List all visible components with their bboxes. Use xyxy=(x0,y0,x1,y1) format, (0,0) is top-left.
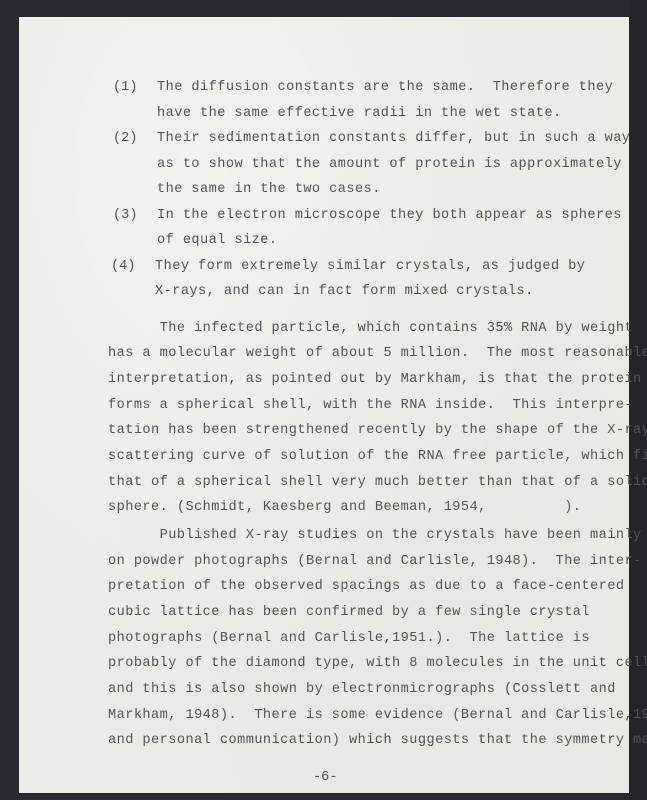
list-number-1: (1) xyxy=(113,79,137,97)
paragraph-1-line-1: The infected particle, which contains 35… xyxy=(108,320,633,338)
paragraph-2-line-9: and personal communication) which sugges… xyxy=(108,732,647,750)
paragraph-2-line-2: on powder photographs (Bernal and Carlis… xyxy=(108,553,642,571)
page-number: -6- xyxy=(313,769,337,787)
paragraph-2-line-7: and this is also shown by electronmicrog… xyxy=(108,681,616,699)
paragraph-1-line-7: that of a spherical shell very much bett… xyxy=(108,474,647,492)
paragraph-1-line-2: has a molecular weight of about 5 millio… xyxy=(108,345,647,363)
list-item-1-line-1: The diffusion constants are the same. Th… xyxy=(157,79,613,97)
list-item-4-line-2: X-rays, and can in fact form mixed cryst… xyxy=(155,283,534,301)
list-number-2: (2) xyxy=(113,130,137,148)
paragraph-1-line-4: forms a spherical shell, with the RNA in… xyxy=(108,397,633,415)
paragraph-1-line-3: interpretation, as pointed out by Markha… xyxy=(108,371,642,389)
paragraph-2-line-3: pretation of the observed spacings as du… xyxy=(108,578,624,596)
paragraph-1-line-5: tation has been strengthened recently by… xyxy=(108,422,647,440)
list-item-3-line-2: of equal size. xyxy=(157,232,278,250)
document-page: (1) The diffusion constants are the same… xyxy=(19,17,629,793)
list-item-1-line-2: have the same effective radii in the wet… xyxy=(157,105,562,123)
list-item-2-line-2: as to show that the amount of protein is… xyxy=(157,156,622,174)
paragraph-1-line-6: scattering curve of solution of the RNA … xyxy=(108,448,647,466)
list-number-4: (4) xyxy=(111,258,135,276)
paragraph-1-line-8: sphere. (Schmidt, Kaesberg and Beeman, 1… xyxy=(108,499,581,517)
paragraph-2-line-5: photographs (Bernal and Carlisle,1951.).… xyxy=(108,630,590,648)
list-item-4-line-1: They form extremely similar crystals, as… xyxy=(155,258,585,276)
list-item-3-line-1: In the electron microscope they both app… xyxy=(157,207,622,225)
list-number-3: (3) xyxy=(113,207,137,225)
paragraph-2-line-4: cubic lattice has been confirmed by a fe… xyxy=(108,604,590,622)
paragraph-2-line-1: Published X-ray studies on the crystals … xyxy=(108,527,642,545)
list-item-2-line-1: Their sedimentation constants differ, bu… xyxy=(157,130,630,148)
paragraph-2-line-8: Markham, 1948). There is some evidence (… xyxy=(108,707,647,725)
paragraph-2-line-6: probably of the diamond type, with 8 mol… xyxy=(108,655,647,673)
list-item-2-line-3: the same in the two cases. xyxy=(157,181,381,199)
